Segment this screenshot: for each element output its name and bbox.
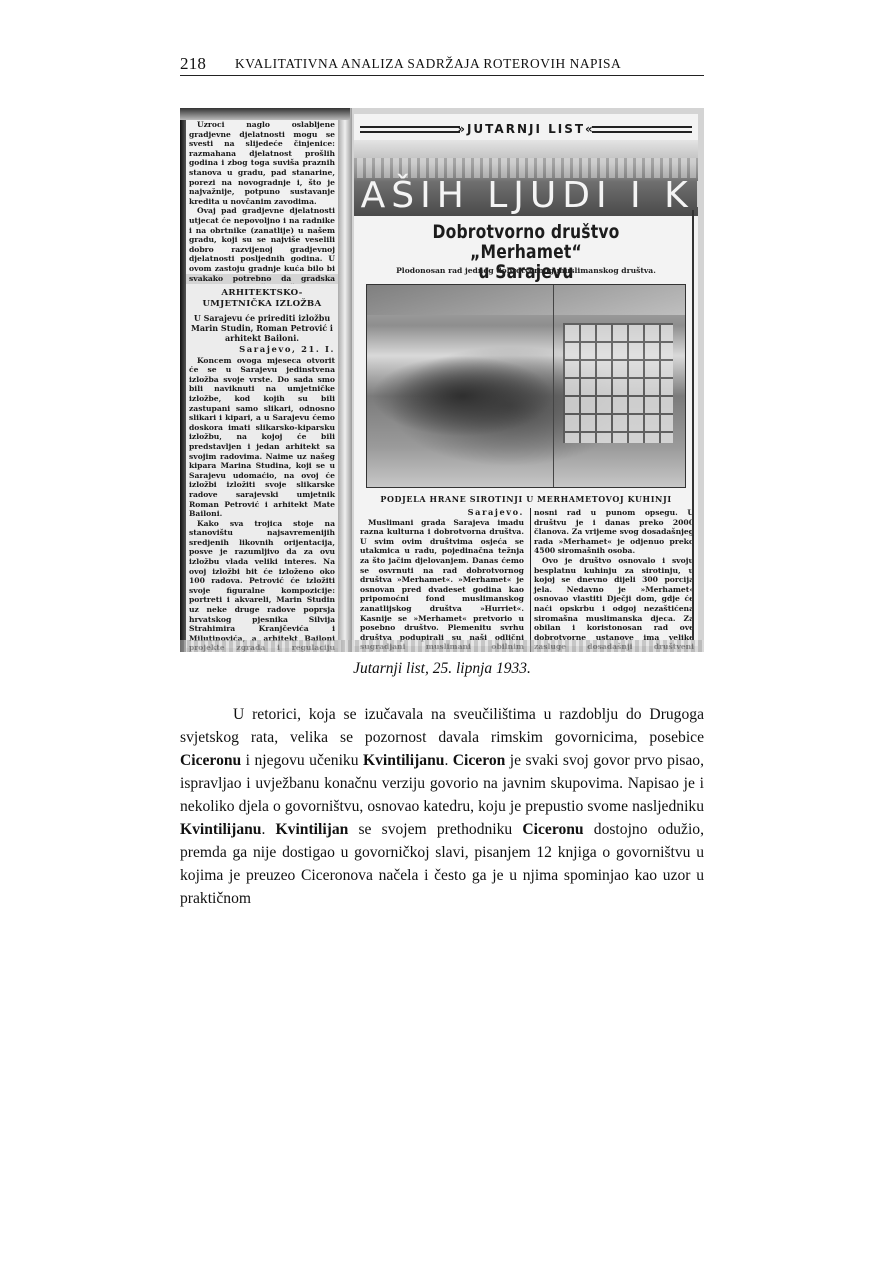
running-head-title: KVALITATIVNA ANALIZA SADRŽAJA ROTEROVIH … xyxy=(235,56,621,72)
headline-line: Dobrotvorno društvo „Merhamet“ xyxy=(385,222,667,262)
photo-fold-line xyxy=(553,285,554,487)
photo-caption: PODJELA HRANE SIROTINJI U MERHAMETOVOJ K… xyxy=(354,494,698,504)
scan-edge-shadow xyxy=(180,108,350,120)
running-head: 218 KVALITATIVNA ANALIZA SADRŽAJA ROTERO… xyxy=(180,53,704,76)
emphasized-name: Kvintilijanu xyxy=(180,821,261,838)
photo-roof xyxy=(367,285,685,315)
bleed-through-text xyxy=(180,640,704,652)
body-text-run: se svojem prethodniku xyxy=(348,821,522,838)
emphasized-name: Kvintilijanu xyxy=(363,752,444,769)
scan-edge-shadow xyxy=(180,108,186,652)
body-text-run: . xyxy=(261,821,275,838)
clipping-paragraph: Uzroci naglo oslabljene gradjevne djelat… xyxy=(189,120,335,206)
clipping-column-construction: Uzroci naglo oslabljene gradjevne djelat… xyxy=(186,118,338,274)
figure-caption: Jutarnji list, 25. lipnja 1933. xyxy=(180,660,704,678)
body-text-run: U retorici, koja se izučavala na sveučil… xyxy=(180,706,704,746)
article-deck: Plodonosan rad jednog dobrotvornog musli… xyxy=(354,266,698,275)
banner-text: IAŠIH LJUDI I KR xyxy=(354,176,698,216)
body-text-run: . xyxy=(444,752,452,769)
clipping-column-exhibition: ARHITEKTSKO-UMJETNIČKA IZLOŽBA U Sarajev… xyxy=(186,284,338,648)
article-column-right: nosni rad u punom opsegu. U društvu je i… xyxy=(530,508,694,652)
newspaper-clipping-image: Uzroci naglo oslabljene gradjevne djelat… xyxy=(180,108,704,652)
photo-windows xyxy=(563,323,673,443)
paper-fold xyxy=(338,108,352,652)
column-rule xyxy=(692,210,694,640)
clipping-merhamet-article: »JUTARNJI LIST« IAŠIH LJUDI I KR Dobrotv… xyxy=(354,114,698,646)
masthead-title: »JUTARNJI LIST« xyxy=(360,122,692,136)
emphasized-name: Kvintilijan xyxy=(276,821,349,838)
clipping-subheading: U Sarajevu će prirediti izložbu Marin St… xyxy=(189,313,335,343)
clipping-paragraph: Kako sva trojica stoje na stanovištu naj… xyxy=(189,519,335,652)
masthead-rule xyxy=(592,126,692,128)
emphasized-name: Ciceron xyxy=(453,752,506,769)
body-paragraph-text: U retorici, koja se izučavala na sveučil… xyxy=(180,703,704,910)
clipping-paragraph: Ovo je društvo osnovalo i svoju besplatn… xyxy=(534,556,694,652)
page-number: 218 xyxy=(180,54,206,74)
body-text-run: i njegovu učeniku xyxy=(241,752,363,769)
kitchen-photo xyxy=(366,284,686,488)
newspaper-masthead: »JUTARNJI LIST« xyxy=(360,122,692,138)
clipping-dateline: Sarajevo, 21. I. xyxy=(189,345,335,355)
clipping-paragraph: Koncem ovoga mjeseca otvorit će se u Sar… xyxy=(189,356,335,519)
clipping-dateline: Sarajevo. xyxy=(360,508,524,518)
emphasized-name: Ciceronu xyxy=(180,752,241,769)
article-column-left: Sarajevo. Muslimani grada Sarajeva imadu… xyxy=(360,508,524,652)
section-banner-illustration: IAŠIH LJUDI I KR xyxy=(354,140,698,216)
clipping-heading: ARHITEKTSKO-UMJETNIČKA IZLOŽBA xyxy=(189,288,335,310)
clipping-paragraph: Muslimani grada Sarajeva imadu razna kul… xyxy=(360,518,524,652)
clipping-paragraph: nosni rad u punom opsegu. U društvu je i… xyxy=(534,508,694,556)
emphasized-name: Ciceronu xyxy=(522,821,583,838)
body-paragraph: U retorici, koja se izučavala na sveučil… xyxy=(180,703,704,910)
